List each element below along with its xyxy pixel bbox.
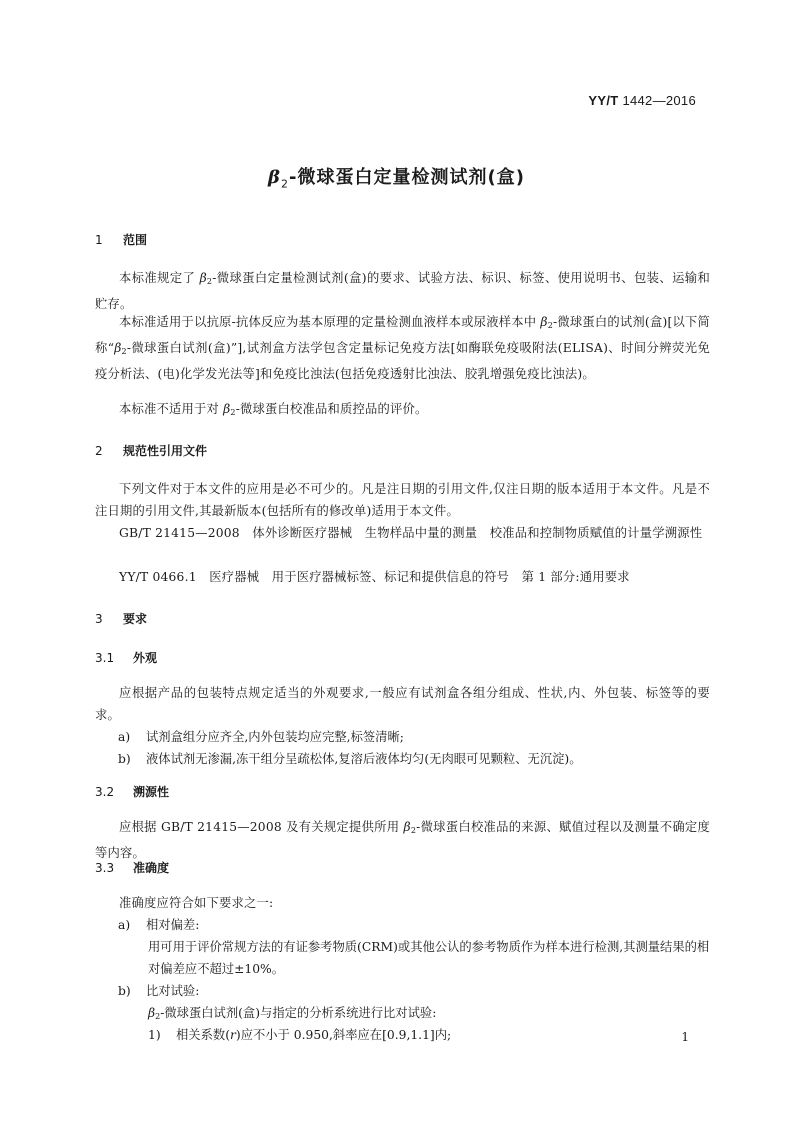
accuracy-intro: 准确度应符合如下要求之一: bbox=[95, 892, 710, 914]
section-number: 3.3 bbox=[95, 861, 133, 875]
text: 本标准规定了 bbox=[119, 271, 200, 285]
section-heading-3-3: 3.3准确度 bbox=[95, 859, 169, 876]
section-number: 3 bbox=[95, 612, 123, 626]
reference-yyt-0466-1: YY/T 0466.1 医疗器械 用于医疗器械标签、标记和提供信息的符号 第 1… bbox=[95, 566, 710, 588]
title-subscript: 2 bbox=[281, 178, 289, 191]
scope-paragraph-1: 本标准规定了 β2-微球蛋白定量检测试剂(盒)的要求、试验方法、标识、标签、使用… bbox=[95, 267, 710, 315]
list-text: 液体试剂无渗漏,冻干组分呈疏松体,复溶后液体均匀(无肉眼可见颗粒、无沉淀)。 bbox=[146, 752, 582, 766]
section-title: 要求 bbox=[123, 612, 147, 626]
list-text: 试剂盒组分应齐全,内外包装均应完整,标签清晰; bbox=[146, 730, 404, 744]
section-title: 溯源性 bbox=[133, 785, 169, 799]
beta-symbol: β bbox=[540, 315, 547, 329]
section-heading-1: 1范围 bbox=[95, 231, 147, 248]
reference-gbt-21415: GB/T 21415—2008 体外诊断医疗器械 生物样品中量的测量 校准品和控… bbox=[95, 522, 710, 544]
text: )应不小于 0.950,斜率应在[0.9,1.1]内; bbox=[236, 1028, 451, 1042]
appearance-paragraph: 应根据产品的包装特点规定适当的外观要求,一般应有试剂盒各组分组成、性状,内、外包… bbox=[95, 682, 710, 726]
document-title: β2-微球蛋白定量检测试剂(盒) bbox=[0, 163, 793, 191]
section-heading-3-1: 3.1外观 bbox=[95, 649, 157, 666]
list-text: 比对试验: bbox=[146, 984, 199, 998]
normative-refs-intro: 下列文件对于本文件的应用是必不可少的。凡是注日期的引用文件,仅注日期的版本适用于… bbox=[95, 478, 710, 522]
text: -微球蛋白试剂(盒)”],试剂盒方法学包含定量标记免疫方法[如酶联免疫吸附法(E… bbox=[95, 341, 710, 381]
section-number: 2 bbox=[95, 444, 123, 458]
list-item: 1)相关系数(r)应不小于 0.950,斜率应在[0.9,1.1]内; bbox=[148, 1024, 710, 1046]
section-number: 3.2 bbox=[95, 785, 133, 799]
text: -微球蛋白试剂(盒)与指定的分析系统进行比对试验: bbox=[160, 1006, 436, 1020]
list-item: a)相对偏差: bbox=[118, 914, 710, 936]
section-heading-3: 3要求 bbox=[95, 610, 147, 627]
title-text: -微球蛋白定量检测试剂(盒) bbox=[289, 167, 525, 188]
scope-paragraph-2: 本标准适用于以抗原-抗体反应为基本原理的定量检测血液样本或尿液样本中 β2-微球… bbox=[95, 311, 710, 385]
list-item: a)试剂盒组分应齐全,内外包装均应完整,标签清晰; bbox=[118, 726, 710, 748]
section-number: 3.1 bbox=[95, 651, 133, 665]
text: 本标准不适用于对 bbox=[119, 402, 223, 416]
list-marker: a) bbox=[118, 914, 146, 936]
scope-paragraph-3: 本标准不适用于对 β2-微球蛋白校准品和质控品的评价。 bbox=[95, 398, 710, 424]
list-item: b)比对试验: bbox=[118, 980, 710, 1002]
list-marker: b) bbox=[118, 980, 146, 1002]
list-marker: a) bbox=[118, 726, 146, 748]
list-item: b)液体试剂无渗漏,冻干组分呈疏松体,复溶后液体均匀(无肉眼可见颗粒、无沉淀)。 bbox=[118, 748, 710, 770]
standard-code: 1442—2016 bbox=[622, 93, 696, 108]
section-title: 范围 bbox=[123, 233, 147, 247]
traceability-paragraph: 应根据 GB/T 21415—2008 及有关规定提供所用 β2-微球蛋白校准品… bbox=[95, 816, 710, 864]
section-title: 外观 bbox=[133, 651, 157, 665]
standard-prefix: YY/T bbox=[588, 93, 618, 108]
text: -微球蛋白校准品和质控品的评价。 bbox=[236, 402, 428, 416]
section-heading-2: 2规范性引用文件 bbox=[95, 442, 207, 459]
section-heading-3-2: 3.2溯源性 bbox=[95, 783, 169, 800]
beta-symbol: β bbox=[114, 341, 121, 355]
section-title: 准确度 bbox=[133, 861, 169, 875]
beta-symbol: β bbox=[200, 271, 207, 285]
text: 本标准适用于以抗原-抗体反应为基本原理的定量检测血液样本或尿液样本中 bbox=[119, 315, 540, 329]
list-marker: b) bbox=[118, 748, 146, 770]
standard-number: YY/T 1442—2016 bbox=[588, 93, 696, 108]
section-title: 规范性引用文件 bbox=[123, 444, 207, 458]
relative-bias-text: 用可用于评价常规方法的有证参考物质(CRM)或其他公认的参考物质作为样本进行检测… bbox=[148, 936, 710, 980]
list-text: 相对偏差: bbox=[146, 918, 199, 932]
text: 应根据 GB/T 21415—2008 及有关规定提供所用 bbox=[119, 820, 404, 834]
section-number: 1 bbox=[95, 233, 123, 247]
text: 相关系数( bbox=[176, 1028, 230, 1042]
beta-symbol: β bbox=[404, 820, 411, 834]
list-marker: 1) bbox=[148, 1024, 176, 1046]
page-number: 1 bbox=[681, 1030, 689, 1044]
title-beta: β bbox=[268, 167, 281, 188]
